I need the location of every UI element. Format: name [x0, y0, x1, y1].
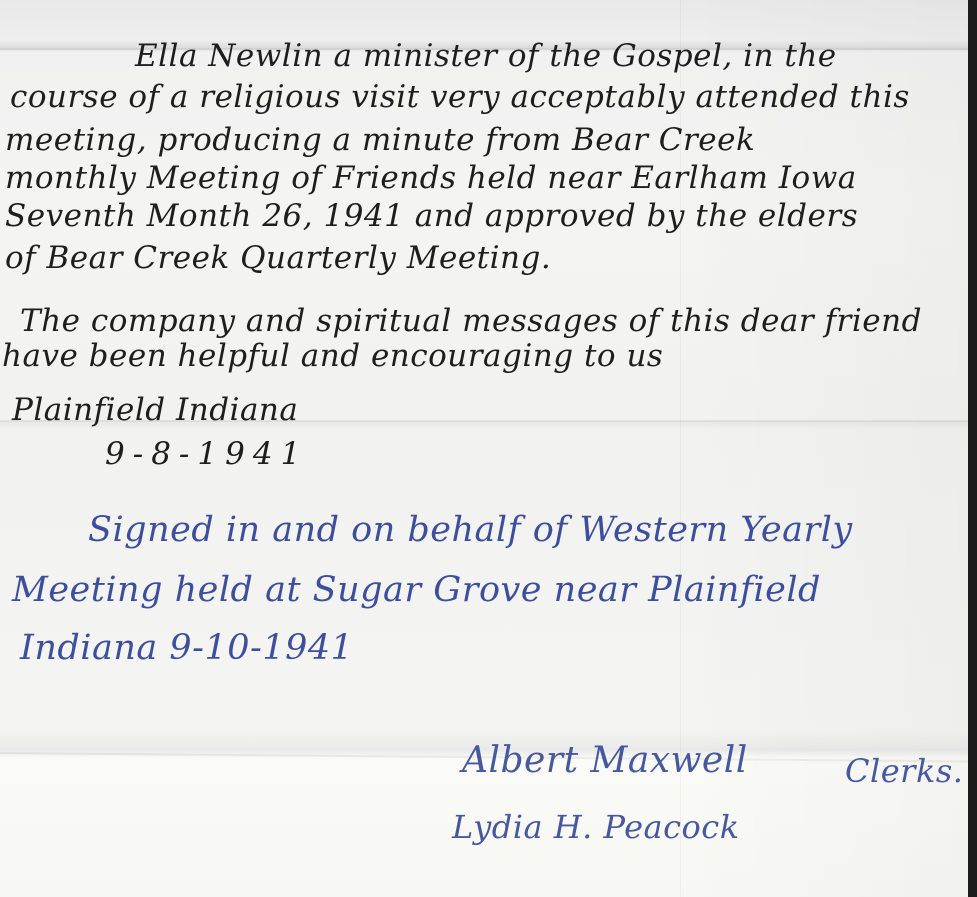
endorsement-line-2: Meeting held at Sugar Grove near Plainfi… [12, 570, 821, 610]
body-line-5: Seventh Month 26, 1941 and approved by t… [5, 198, 858, 234]
endorsement-line-1: Signed in and on behalf of Western Yearl… [88, 510, 853, 550]
body-line-4: monthly Meeting of Friends held near Ear… [5, 160, 857, 196]
body-line-1: Ella Newlin a minister of the Gospel, in… [135, 38, 837, 74]
signature-albert-maxwell: Albert Maxwell [462, 740, 748, 781]
body-line-3: meeting, producing a minute from Bear Cr… [5, 122, 755, 158]
body-line-6: of Bear Creek Quarterly Meeting. [5, 240, 551, 276]
signature-lydia-peacock: Lydia H. Peacock [452, 808, 740, 846]
letter-page: Ella Newlin a minister of the Gospel, in… [0, 0, 968, 897]
place-line: Plainfield Indiana [12, 392, 298, 428]
body-line-2: course of a religious visit very accepta… [10, 79, 910, 115]
signature-role: Clerks. [845, 752, 963, 790]
endorsement-line-3: Indiana 9-10-1941 [20, 628, 353, 668]
body-line-7: The company and spiritual messages of th… [20, 303, 922, 339]
body-line-8: have been helpful and encouraging to us [2, 338, 663, 374]
date-line: 9-8-1941 [105, 436, 308, 472]
